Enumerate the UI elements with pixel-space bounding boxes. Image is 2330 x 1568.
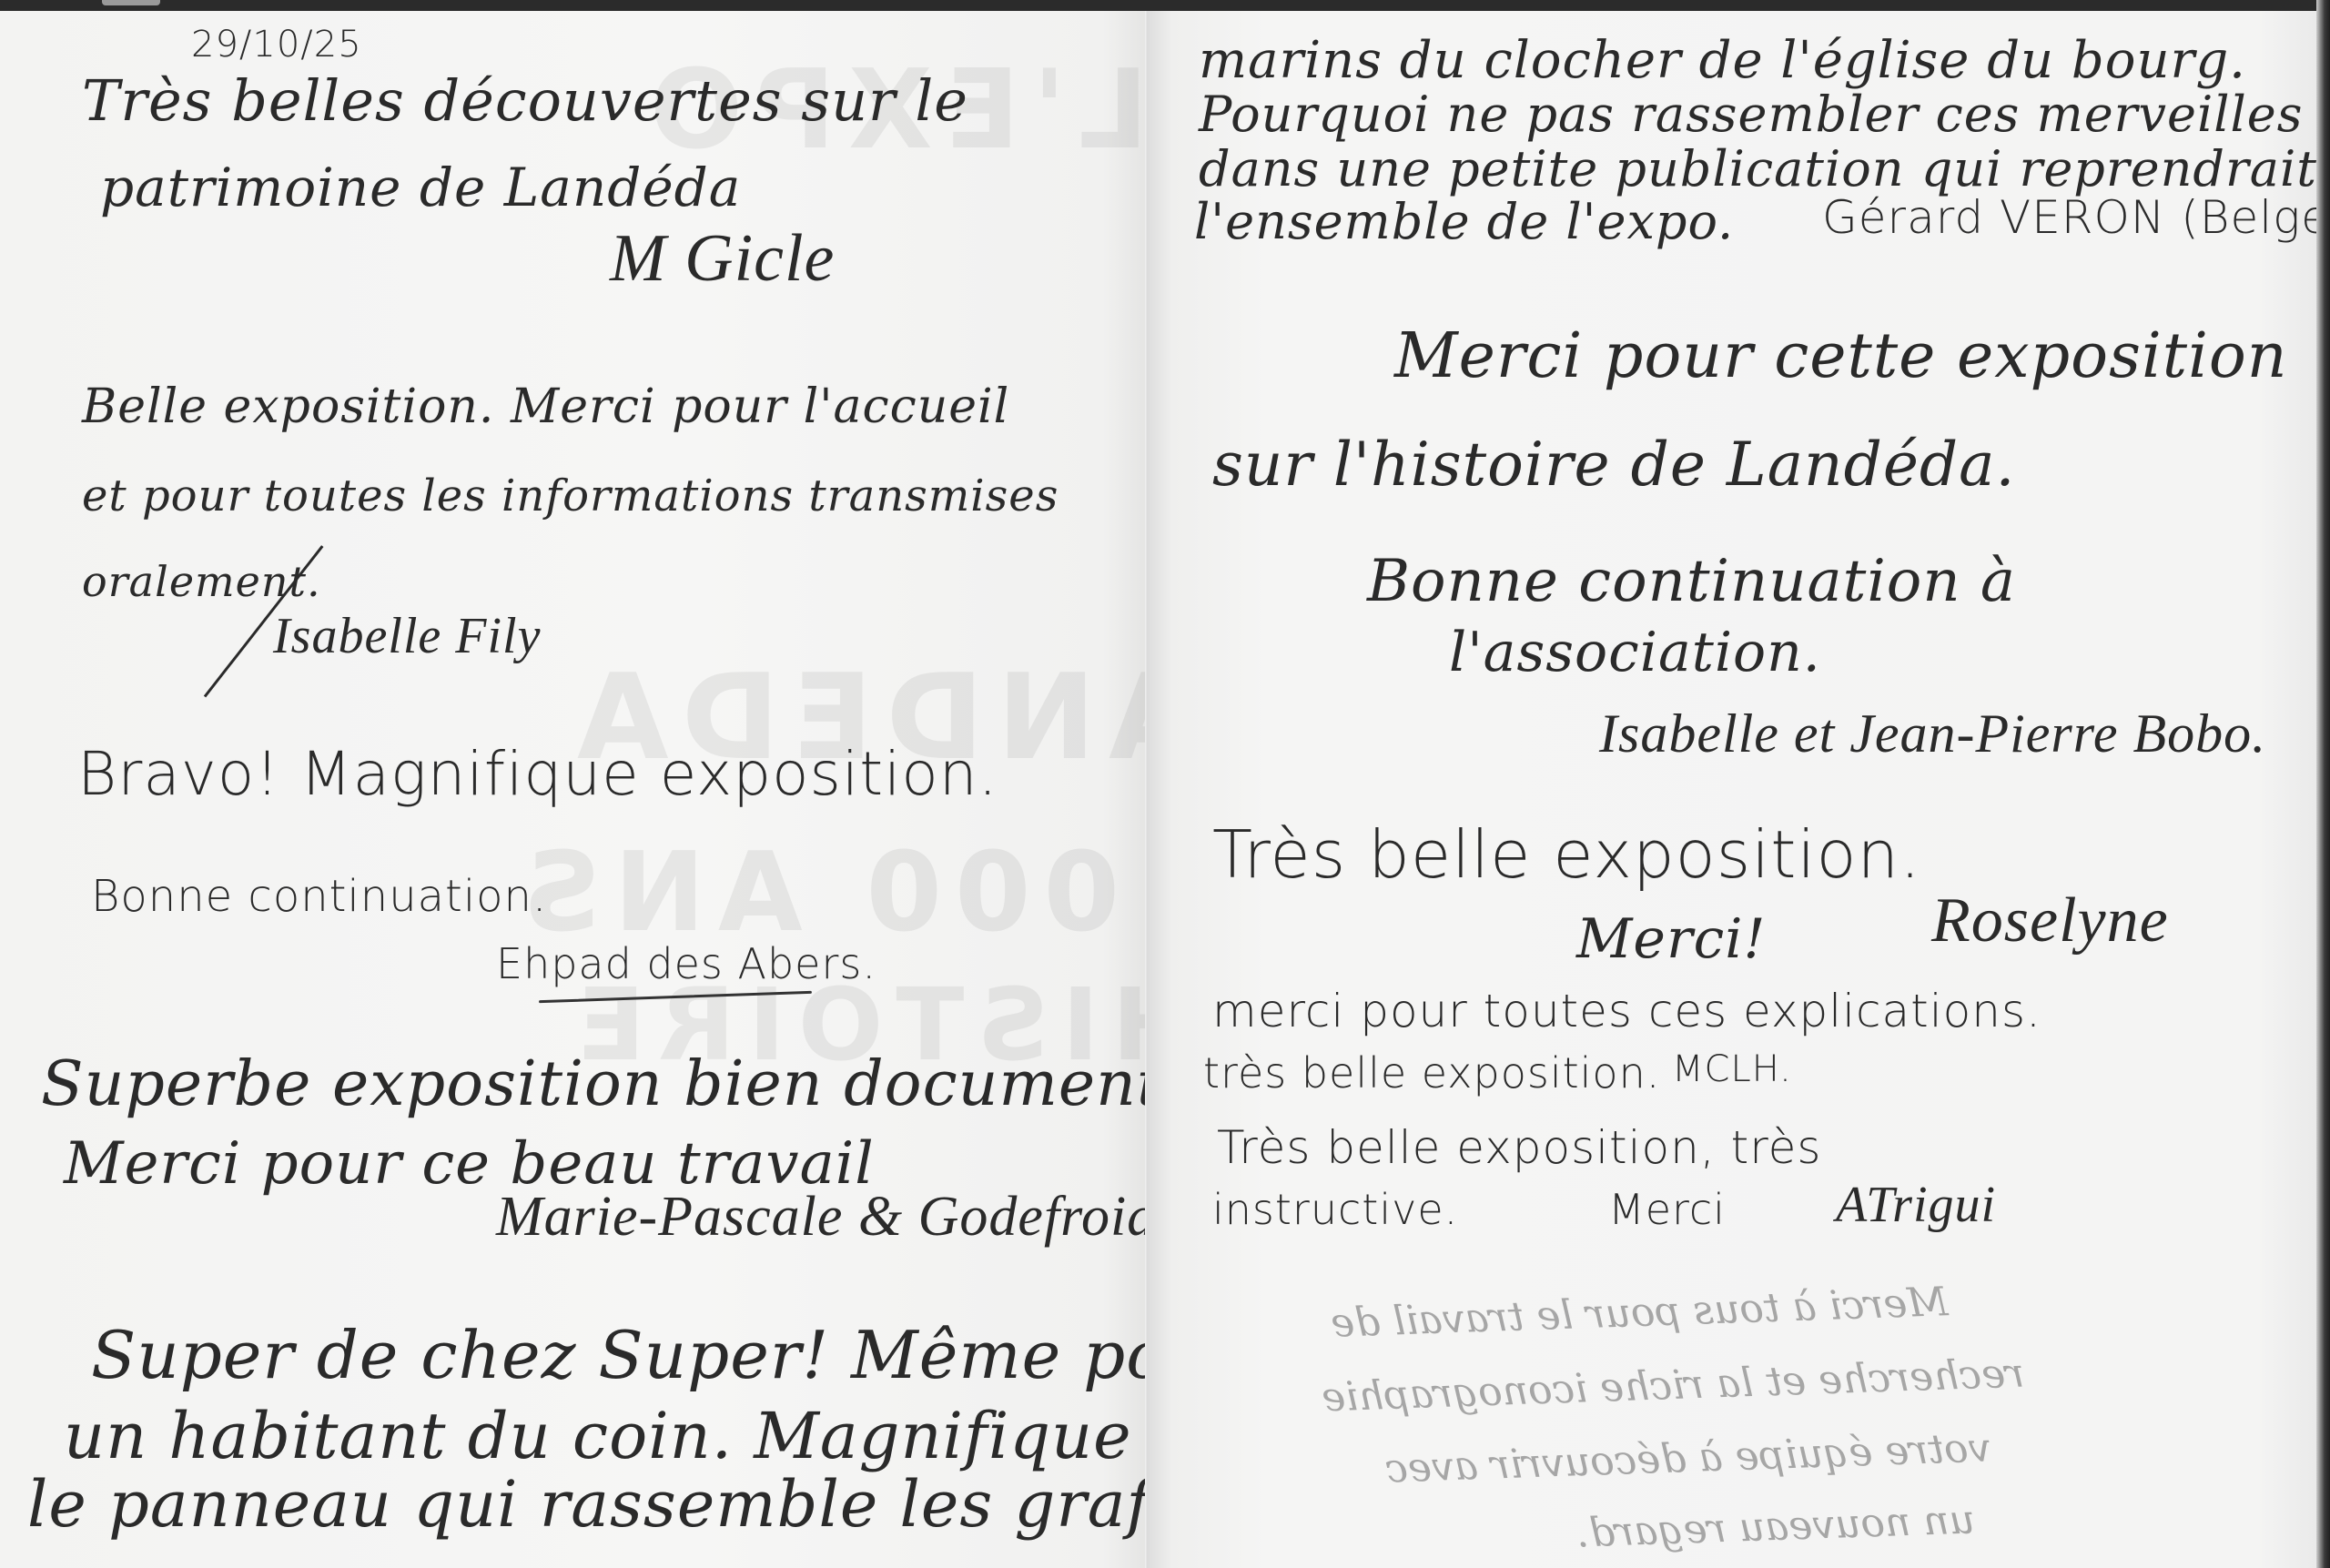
entry-line: dans une petite publication qui reprendr… <box>1199 140 2316 197</box>
entry-signature: M Gicle <box>610 220 835 298</box>
entry-line: Bravo! Magnifique exposition. <box>77 739 998 809</box>
entry-line: Bonne continuation à <box>1367 548 2016 615</box>
entry-closing: Merci! <box>1576 907 1767 971</box>
guestbook-right-page: marins du clocher de l'église du bourg. … <box>1149 11 2316 1568</box>
entry-line: Super de chez Super! Même pour <box>91 1317 1149 1393</box>
entry-line: sur l'histoire de Landéda. <box>1212 430 2015 500</box>
entry-line: Merci pour cette exposition <box>1394 320 2288 392</box>
entry-line: Superbe exposition bien documentée. <box>41 1048 1149 1120</box>
entry-line: oralement. <box>82 557 321 606</box>
scanner-right-edge <box>2316 0 2330 1568</box>
entry-closing: Merci <box>1608 1185 1726 1234</box>
entry-signature: Marie-Pascale & Godefroid <box>496 1185 1149 1249</box>
entry-line: Belle exposition. Merci pour l'accueil <box>82 379 1009 434</box>
entry-signature: Gérard VERON (Belge) <box>1822 191 2316 244</box>
entry-line: et pour toutes les informations transmis… <box>82 470 1059 521</box>
entry-line: Très belle exposition. <box>1212 816 1921 893</box>
entry-date: 29/10/25 <box>191 24 362 66</box>
entry-line: Très belles découvertes sur le <box>82 67 968 134</box>
entry-signature: Roselyne <box>1931 885 2169 957</box>
entry-line: marins du clocher de l'église du bourg. <box>1199 31 2246 90</box>
entry-signature: MCLH. <box>1672 1048 1792 1090</box>
show-through-text: 10 000 ANS <box>510 830 1149 956</box>
entry-line: l'ensemble de l'expo. <box>1194 193 1734 250</box>
entry-line: Bonne continuation. <box>91 871 547 922</box>
entry-line: Très belle exposition, très <box>1217 1121 1821 1174</box>
entry-line: patrimoine de Landéda <box>100 157 741 218</box>
entry-line: un habitant du coin. Magnifique <box>64 1399 1132 1473</box>
show-through-text: recherche et la riche iconographie <box>1321 1351 2025 1421</box>
scanner-lid-tab <box>102 0 160 5</box>
entry-line: l'association. <box>1449 621 1821 684</box>
show-through-text: Merci à tous pour le travail de <box>1330 1279 1949 1347</box>
entry-line: instructive. <box>1212 1185 1458 1234</box>
entry-signature: Isabelle et Jean-Pierre Bobo. <box>1599 703 2266 765</box>
entry-signature: Ehpad des Abers. <box>496 939 876 988</box>
show-through-text: votre équipe à découvrir avec <box>1384 1424 1991 1492</box>
entry-line: très belle exposition. <box>1203 1048 1660 1098</box>
entry-signature: ATrigui <box>1836 1176 1996 1234</box>
guestbook-left-page: L'EXPO LANDEDA 10 000 ANS D'HISTOIRE 29/… <box>0 11 1149 1568</box>
show-through-text: un nouveau regard. <box>1575 1496 1975 1556</box>
scanner-top-edge <box>0 0 2330 11</box>
entry-line: le panneau qui rassemble les graffitis <box>27 1467 1149 1542</box>
entry-line: Pourquoi ne pas rassembler ces merveille… <box>1199 86 2303 143</box>
entry-signature: Isabelle Fily <box>273 607 541 665</box>
entry-line: merci pour toutes ces explications. <box>1212 985 2041 1037</box>
